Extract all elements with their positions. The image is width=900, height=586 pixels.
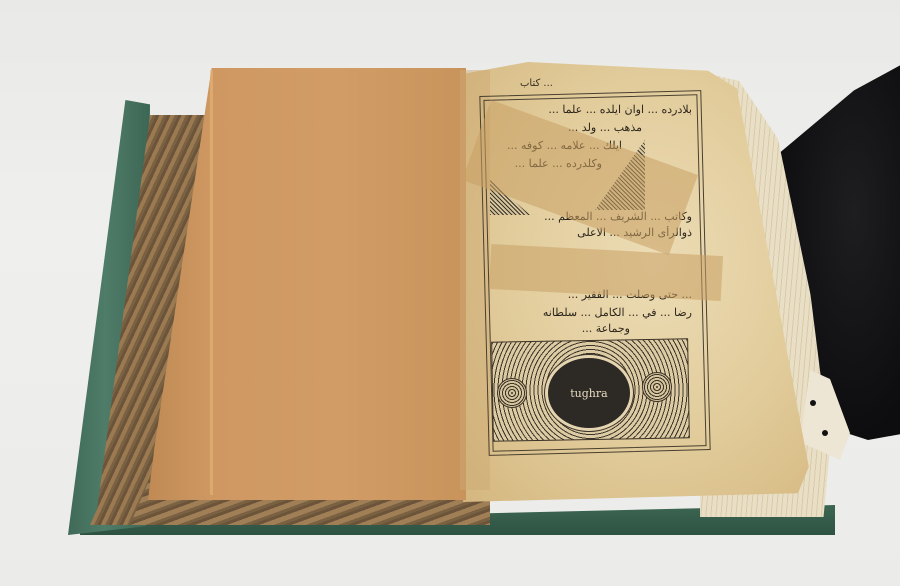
worm-hole: [822, 430, 828, 436]
small-rosette: [497, 378, 527, 408]
book-photo: كتاب ... بلادرده ... اوان ايلده ... علما…: [0, 0, 900, 586]
small-rosette: [642, 372, 672, 402]
tughra-icon: tughra: [570, 387, 607, 400]
text-line: رضا ... في ... الكامل ... سلطانه: [492, 306, 692, 320]
worm-hole: [810, 400, 816, 406]
text-line: وجماعة ...: [540, 322, 630, 336]
page-header: كتاب ...: [520, 78, 553, 89]
flyleaf-fold-line: [210, 70, 213, 495]
tughra-medallion: tughra: [545, 355, 633, 431]
